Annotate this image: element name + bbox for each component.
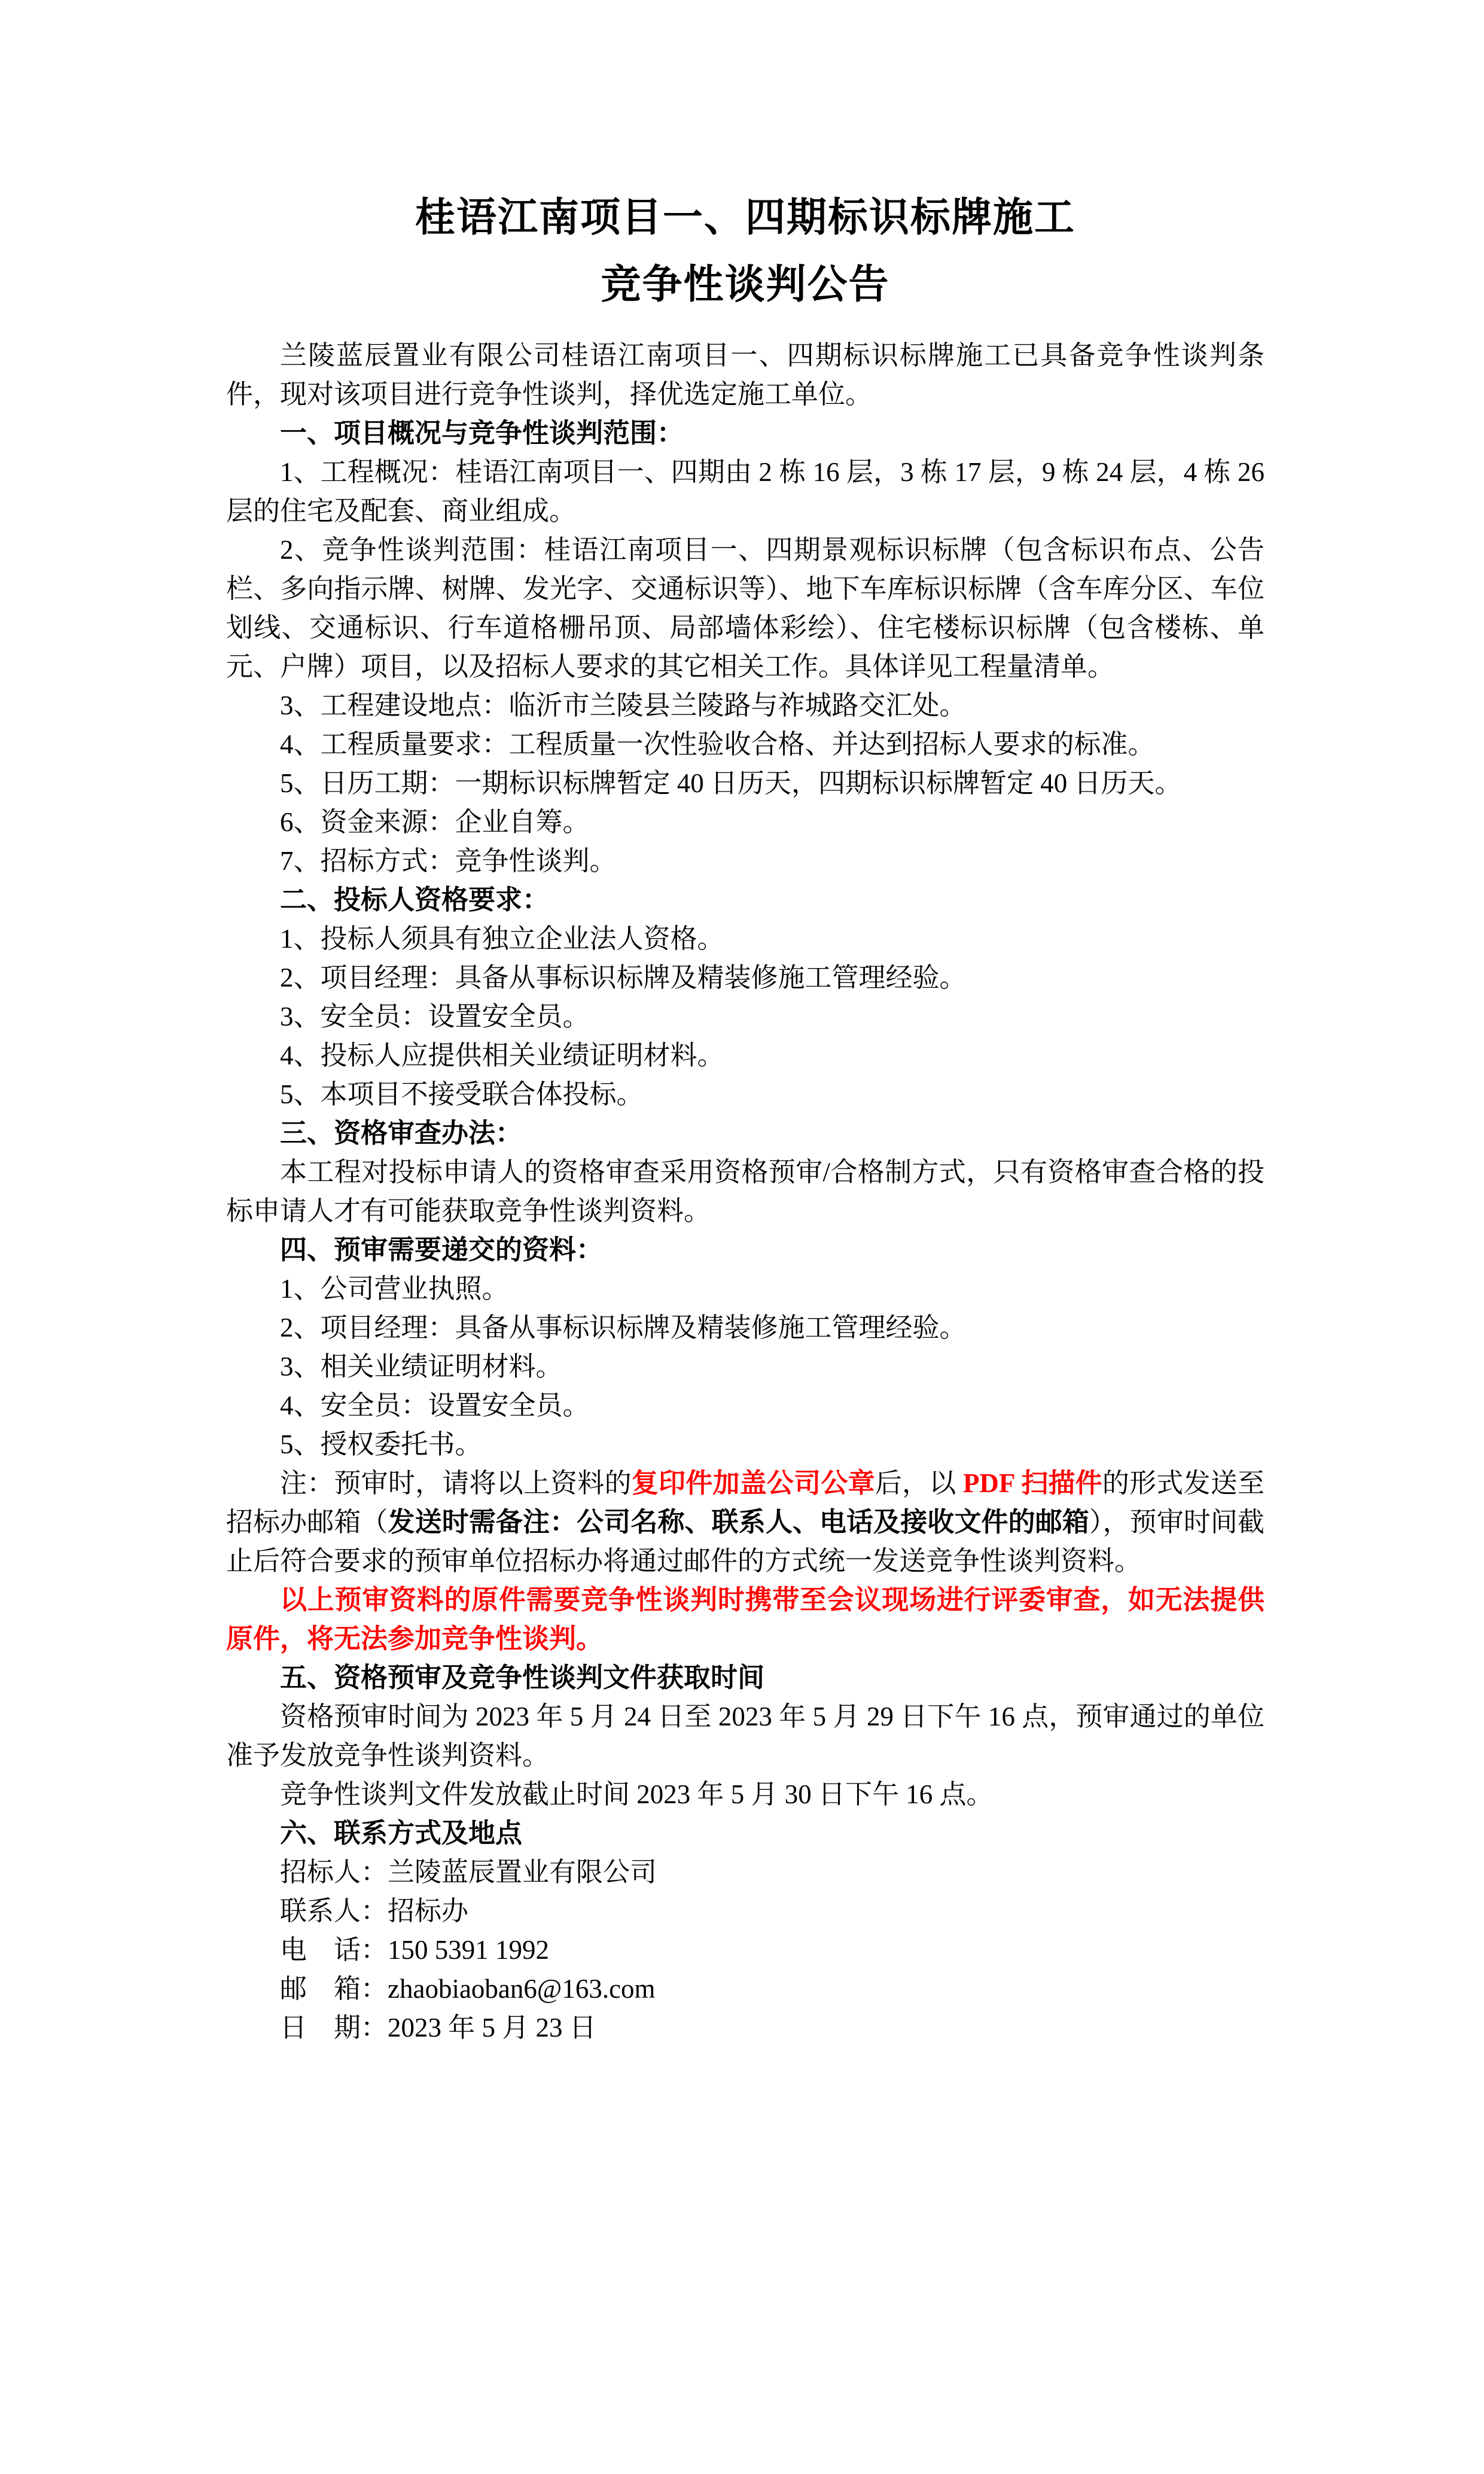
paragraph: 5、本项目不接受联合体投标。 — [226, 1075, 1264, 1114]
paragraph: 3、工程建设地点：临沂市兰陵县兰陵路与祚城路交汇处。 — [226, 686, 1264, 725]
text-segment: 一、项目概况与竞争性谈判范围： — [280, 418, 684, 448]
page: { "colors": { "background": "#ffffff", "… — [0, 0, 1484, 2474]
paragraph: 招标人：兰陵蓝辰置业有限公司 — [226, 1853, 1264, 1892]
text-segment: 三、资格审查办法： — [280, 1118, 522, 1148]
paragraph: 1、公司营业执照。 — [226, 1270, 1264, 1308]
paragraph: 3、相关业绩证明材料。 — [226, 1347, 1264, 1386]
text-segment: 邮 箱：zhaobiaoban6@163.com — [280, 1974, 656, 2004]
text-segment: 资格预审时间为 2023 年 5 月 24 日至 2023 年 5 月 29 日… — [226, 1702, 1264, 1770]
highlighted-text: PDF 扫描件 — [963, 1468, 1102, 1498]
text-segment: 4、工程质量要求：工程质量一次性验收合格、并达到招标人要求的标准。 — [280, 729, 1155, 759]
text-segment: 5、授权委托书。 — [280, 1429, 482, 1459]
text-segment: 2、竞争性谈判范围：桂语江南项目一、四期景观标识标牌（包含标识布点、公告栏、多向… — [226, 535, 1264, 681]
text-segment: 联系人：招标办 — [280, 1896, 468, 1926]
paragraph: 邮 箱：zhaobiaoban6@163.com — [226, 1970, 1264, 2009]
paragraph: 资格预审时间为 2023 年 5 月 24 日至 2023 年 5 月 29 日… — [226, 1697, 1264, 1775]
document-body: 兰陵蓝辰置业有限公司桂语江南项目一、四期标识标牌施工已具备竞争性谈判条件，现对该… — [226, 336, 1264, 2047]
paragraph: 2、项目经理：具备从事标识标牌及精装修施工管理经验。 — [226, 1308, 1264, 1347]
paragraph: 6、资金来源：企业自筹。 — [226, 803, 1264, 842]
text-segment: 2、项目经理：具备从事标识标牌及精装修施工管理经验。 — [280, 963, 967, 993]
paragraph: 兰陵蓝辰置业有限公司桂语江南项目一、四期标识标牌施工已具备竞争性谈判条件，现对该… — [226, 336, 1264, 414]
paragraph: 2、竞争性谈判范围：桂语江南项目一、四期景观标识标牌（包含标识布点、公告栏、多向… — [226, 531, 1264, 686]
paragraph: 7、招标方式：竞争性谈判。 — [226, 842, 1264, 881]
text-segment: 二、投标人资格要求： — [280, 885, 549, 915]
document-title-line1: 桂语江南项目一、四期标识标牌施工 — [226, 184, 1264, 251]
text-segment: 五、资格预审及竞争性谈判文件获取时间 — [280, 1663, 764, 1693]
section-heading: 六、联系方式及地点 — [226, 1814, 1264, 1853]
paragraph: 4、安全员：设置安全员。 — [226, 1386, 1264, 1425]
document-title-line2: 竞争性谈判公告 — [226, 251, 1264, 318]
paragraph: 2、项目经理：具备从事标识标牌及精装修施工管理经验。 — [226, 958, 1264, 997]
text-segment: 日 期：2023 年 5 月 23 日 — [280, 2013, 596, 2043]
text-segment: 5、日历工期：一期标识标牌暂定 40 日历天，四期标识标牌暂定 40 日历天。 — [280, 768, 1182, 798]
highlighted-text: 以上预审资料的原件需要竞争性谈判时携带至会议现场进行评委审查，如无法提供原件，将… — [226, 1585, 1264, 1654]
text-segment: 六、联系方式及地点 — [280, 1818, 522, 1848]
paragraph: 本工程对投标申请人的资格审查采用资格预审/合格制方式，只有资格审查合格的投标申请… — [226, 1153, 1264, 1231]
section-heading: 一、项目概况与竞争性谈判范围： — [226, 414, 1264, 453]
text-segment: 四、预审需要递交的资料： — [280, 1235, 603, 1265]
paragraph: 联系人：招标办 — [226, 1892, 1264, 1931]
paragraph: 5、日历工期：一期标识标牌暂定 40 日历天，四期标识标牌暂定 40 日历天。 — [226, 764, 1264, 803]
paragraph: 5、授权委托书。 — [226, 1425, 1264, 1464]
text-segment: 兰陵蓝辰置业有限公司桂语江南项目一、四期标识标牌施工已具备竞争性谈判条件，现对该… — [226, 340, 1264, 409]
text-segment: 3、相关业绩证明材料。 — [280, 1352, 563, 1381]
text-segment: 本工程对投标申请人的资格审查采用资格预审/合格制方式，只有资格审查合格的投标申请… — [226, 1157, 1264, 1226]
text-segment: 发送时需备注：公司名称、联系人、电话及接收文件的邮箱 — [388, 1507, 1089, 1537]
section-heading: 四、预审需要递交的资料： — [226, 1231, 1264, 1270]
text-segment: 5、本项目不接受联合体投标。 — [280, 1079, 644, 1109]
section-heading: 三、资格审查办法： — [226, 1114, 1264, 1153]
text-segment: 7、招标方式：竞争性谈判。 — [280, 846, 617, 876]
text-segment: 3、工程建设地点：临沂市兰陵县兰陵路与祚城路交汇处。 — [280, 690, 967, 720]
paragraph: 以上预审资料的原件需要竞争性谈判时携带至会议现场进行评委审查，如无法提供原件，将… — [226, 1581, 1264, 1659]
text-segment: 3、安全员：设置安全员。 — [280, 1002, 590, 1031]
document-title: 桂语江南项目一、四期标识标牌施工 竞争性谈判公告 — [226, 184, 1264, 318]
paragraph: 竞争性谈判文件发放截止时间 2023 年 5 月 30 日下午 16 点。 — [226, 1775, 1264, 1814]
paragraph: 1、工程概况：桂语江南项目一、四期由 2 栋 16 层，3 栋 17 层，9 栋… — [226, 453, 1264, 531]
text-segment: 4、投标人应提供相关业绩证明材料。 — [280, 1040, 724, 1070]
text-segment: 1、工程概况：桂语江南项目一、四期由 2 栋 16 层，3 栋 17 层，9 栋… — [226, 457, 1264, 526]
paragraph: 4、投标人应提供相关业绩证明材料。 — [226, 1036, 1264, 1075]
section-heading: 二、投标人资格要求： — [226, 881, 1264, 920]
text-segment: 1、投标人须具有独立企业法人资格。 — [280, 924, 724, 954]
paragraph: 日 期：2023 年 5 月 23 日 — [226, 2009, 1264, 2047]
paragraph: 注：预审时，请将以上资料的复印件加盖公司公章后，以 PDF 扫描件的形式发送至招… — [226, 1464, 1264, 1581]
document-page: 桂语江南项目一、四期标识标牌施工 竞争性谈判公告 兰陵蓝辰置业有限公司桂语江南项… — [226, 184, 1264, 2047]
text-segment: 电 话：150 5391 1992 — [280, 1935, 549, 1965]
text-segment: 注：预审时，请将以上资料的 — [280, 1468, 632, 1498]
text-segment: 6、资金来源：企业自筹。 — [280, 807, 590, 837]
text-segment: 后，以 — [875, 1468, 963, 1498]
text-segment: 招标人：兰陵蓝辰置业有限公司 — [280, 1857, 657, 1887]
paragraph: 3、安全员：设置安全员。 — [226, 997, 1264, 1036]
text-segment: 2、项目经理：具备从事标识标牌及精装修施工管理经验。 — [280, 1313, 967, 1343]
text-segment: 竞争性谈判文件发放截止时间 2023 年 5 月 30 日下午 16 点。 — [280, 1779, 994, 1809]
paragraph: 1、投标人须具有独立企业法人资格。 — [226, 920, 1264, 958]
text-segment: 4、安全员：设置安全员。 — [280, 1390, 590, 1420]
section-heading: 五、资格预审及竞争性谈判文件获取时间 — [226, 1659, 1264, 1697]
paragraph: 电 话：150 5391 1992 — [226, 1931, 1264, 1970]
highlighted-text: 复印件加盖公司公章 — [632, 1468, 875, 1498]
paragraph: 4、工程质量要求：工程质量一次性验收合格、并达到招标人要求的标准。 — [226, 725, 1264, 764]
text-segment: 1、公司营业执照。 — [280, 1274, 509, 1304]
